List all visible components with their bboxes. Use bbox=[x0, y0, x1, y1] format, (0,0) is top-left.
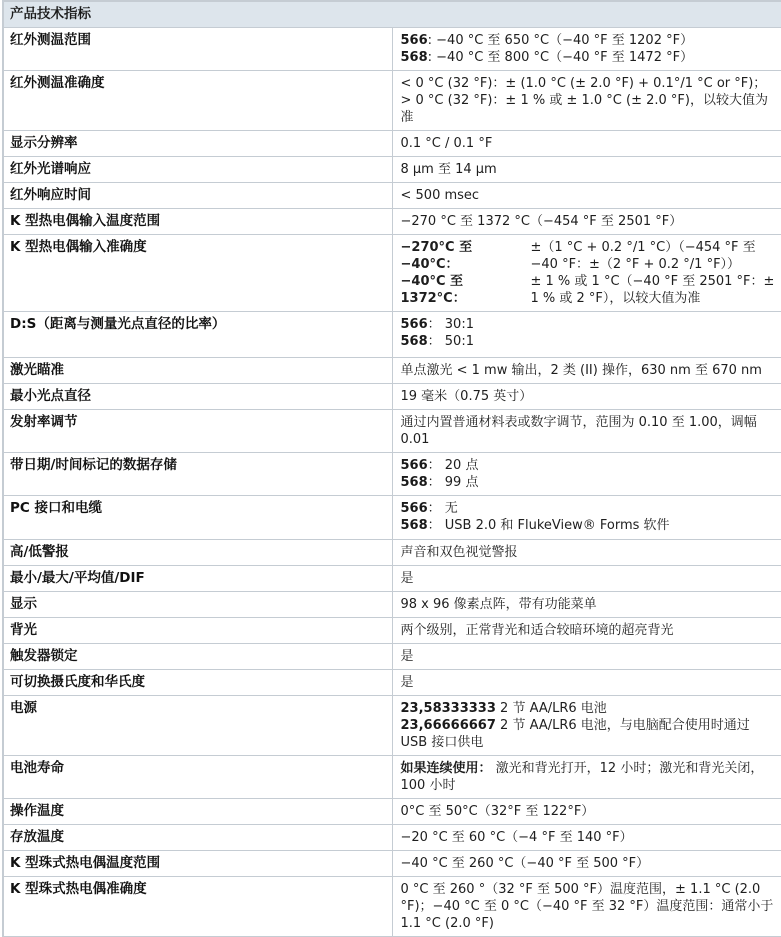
table-row: 可切换摄氏度和华氏度是 bbox=[3, 670, 781, 696]
accuracy-subtable: −270°C 至 −40°C：±（1 °C + 0.2 °/1 °C）（−454… bbox=[401, 239, 776, 307]
value-text: 单点激光 < 1 mw 输出，2 类 (II) 操作，630 nm 至 670 … bbox=[401, 363, 762, 378]
value-text: 是 bbox=[401, 649, 414, 664]
spec-value-line: −270 °C 至 1372 °C（−454 °F 至 2501 °F） bbox=[401, 213, 776, 230]
table-row: 红外光谱响应8 μm 至 14 μm bbox=[3, 157, 781, 183]
value-text: 是 bbox=[401, 571, 414, 586]
spec-value-line: 568： 99 点 bbox=[401, 474, 776, 491]
spec-label: 发射率调节 bbox=[3, 410, 392, 453]
spec-value-line: 98 x 96 像素点阵，带有功能菜单 bbox=[401, 596, 776, 613]
spec-value-line: 566： 20 点 bbox=[401, 457, 776, 474]
model-label: 23,66666667 bbox=[401, 718, 496, 733]
value-text: < 500 msec bbox=[401, 188, 480, 203]
spec-label: PC 接口和电缆 bbox=[3, 496, 392, 540]
table-row: 最小/最大/平均值/DIF是 bbox=[3, 566, 781, 592]
spec-value-line: 是 bbox=[401, 648, 776, 665]
value-text: 0°C 至 50°C（32°F 至 122°F） bbox=[401, 804, 595, 819]
spec-label: 电源 bbox=[3, 696, 392, 756]
spec-label: D:S（距离与测量光点直径的比率） bbox=[3, 312, 392, 358]
spec-value: 两个级别，正常背光和适合较暗环境的超亮背光 bbox=[392, 618, 781, 644]
spec-value: 是 bbox=[392, 644, 781, 670]
table-row: 存放温度−20 °C 至 60 °C（−4 °F 至 140 °F） bbox=[3, 825, 781, 849]
spec-value-line: −20 °C 至 60 °C（−4 °F 至 140 °F） bbox=[401, 829, 776, 846]
spec-value-line: < 0 °C (32 °F)：± (1.0 °C (± 2.0 °F) + 0.… bbox=[401, 75, 776, 92]
spec-value-line: 566： 30:1 bbox=[401, 316, 776, 333]
spec-value-line: 0.1 °C / 0.1 °F bbox=[401, 135, 776, 152]
table-row: 红外测温准确度 < 0 °C (32 °F)：± (1.0 °C (± 2.0 … bbox=[3, 71, 781, 131]
spec-value: 是 bbox=[392, 566, 781, 592]
range-label: −40°C 至 1372°C： bbox=[401, 273, 531, 307]
spec-value: 单点激光 < 1 mw 输出，2 类 (II) 操作，630 nm 至 670 … bbox=[392, 358, 781, 384]
value-text: > 0 °C (32 °F)：± 1 % 或 ± 1.0 °C (± 2.0 °… bbox=[401, 93, 768, 125]
table-row: K 型热电偶输入温度范围−270 °C 至 1372 °C（−454 °F 至 … bbox=[3, 209, 781, 235]
model-label: 568 bbox=[401, 475, 428, 490]
table-row: 显示98 x 96 像素点阵，带有功能菜单 bbox=[3, 592, 781, 618]
model-label: 如果连续使用： bbox=[401, 761, 492, 776]
spec-value-line: < 500 msec bbox=[401, 187, 776, 204]
spec-label: 显示 bbox=[3, 592, 392, 618]
spec-value-line: 0°C 至 50°C（32°F 至 122°F） bbox=[401, 803, 776, 820]
spec-label: K 型热电偶输入温度范围 bbox=[3, 209, 392, 235]
range-value: ± 1 % 或 1 °C（−40 °F 至 2501 °F：± 1 % 或 2 … bbox=[531, 273, 776, 307]
spec-value: 如果连续使用： 激光和背光打开，12 小时；激光和背光关闭，100 小时 bbox=[392, 756, 781, 799]
spec-value-line: 8 μm 至 14 μm bbox=[401, 161, 776, 178]
model-label: 568 bbox=[401, 334, 428, 349]
spec-value-line: 566: −40 °C 至 650 °C（−40 °F 至 1202 °F） bbox=[401, 32, 776, 49]
value-text: 通过内置普通材料表或数字调节，范围为 0.10 至 1.00，调幅 0.01 bbox=[401, 415, 757, 447]
table-row: 电源23,58333333 2 节 AA/LR6 电池23,66666667 2… bbox=[3, 696, 781, 756]
range-label: −270°C 至 −40°C： bbox=[401, 239, 531, 273]
value-text: ： 99 点 bbox=[428, 475, 479, 490]
spec-value: 19 毫米（0.75 英寸） bbox=[392, 384, 781, 410]
spec-value-line: 568： 50:1 bbox=[401, 333, 776, 350]
table-row: 带日期/时间标记的数据存储566： 20 点568： 99 点 bbox=[3, 453, 781, 496]
spec-value: 566： 20 点568： 99 点 bbox=[392, 453, 781, 496]
spec-value: 声音和双色视觉警报 bbox=[392, 540, 781, 566]
table-row: 红外响应时间< 500 msec bbox=[3, 183, 781, 209]
model-label: 568 bbox=[401, 50, 428, 65]
spec-label: 最小/最大/平均值/DIF bbox=[3, 566, 392, 592]
spec-value-line: 23,66666667 2 节 AA/LR6 电池，与电脑配合使用时通过 USB… bbox=[401, 717, 776, 751]
value-text: −20 °C 至 60 °C（−4 °F 至 140 °F） bbox=[401, 830, 633, 845]
table-row: K 型热电偶输入准确度−270°C 至 −40°C：±（1 °C + 0.2 °… bbox=[3, 235, 781, 312]
value-text: ： 30:1 bbox=[428, 317, 474, 332]
spec-value: 23,58333333 2 节 AA/LR6 电池23,66666667 2 节… bbox=[392, 696, 781, 756]
model-label: 566 bbox=[401, 458, 428, 473]
model-label: 23,58333333 bbox=[401, 701, 496, 716]
value-text: : −40 °C 至 800 °C（−40 °F 至 1472 °F） bbox=[428, 50, 693, 65]
table-title: 产品技术指标 bbox=[3, 1, 781, 28]
spec-value: 是 bbox=[392, 670, 781, 696]
table-row: 背光两个级别，正常背光和适合较暗环境的超亮背光 bbox=[3, 618, 781, 644]
table-row: 操作温度0°C 至 50°C（32°F 至 122°F） bbox=[3, 799, 781, 825]
value-text: ： 50:1 bbox=[428, 334, 474, 349]
spec-value-line: 19 毫米（0.75 英寸） bbox=[401, 388, 776, 405]
spec-label: 红外测温范围 bbox=[3, 28, 392, 71]
spec-value-line: 通过内置普通材料表或数字调节，范围为 0.10 至 1.00，调幅 0.01 bbox=[401, 414, 776, 448]
spec-value: −20 °C 至 60 °C（−4 °F 至 140 °F） bbox=[392, 825, 781, 849]
value-text: 8 μm 至 14 μm bbox=[401, 162, 497, 177]
spec-value-line: 568： USB 2.0 和 FlukeView® Forms 软件 bbox=[401, 517, 776, 534]
value-text: 98 x 96 像素点阵，带有功能菜单 bbox=[401, 597, 597, 612]
spec-label: 最小光点直径 bbox=[3, 384, 392, 410]
spec-value-line: 单点激光 < 1 mw 输出，2 类 (II) 操作，630 nm 至 670 … bbox=[401, 362, 776, 379]
table-row: D:S（距离与测量光点直径的比率）566： 30:1568： 50:1 bbox=[3, 312, 781, 358]
spec-label: 背光 bbox=[3, 618, 392, 644]
spec-value-line: 566： 无 bbox=[401, 500, 776, 517]
spec-label: 电池寿命 bbox=[3, 756, 392, 799]
value-text: 19 毫米（0.75 英寸） bbox=[401, 389, 533, 404]
table-row: 电池寿命如果连续使用： 激光和背光打开，12 小时；激光和背光关闭，100 小时 bbox=[3, 756, 781, 799]
value-text: −270 °C 至 1372 °C（−454 °F 至 2501 °F） bbox=[401, 214, 683, 229]
value-text: ： USB 2.0 和 FlukeView® Forms 软件 bbox=[428, 518, 670, 533]
value-text: < 0 °C (32 °F)：± (1.0 °C (± 2.0 °F) + 0.… bbox=[401, 76, 767, 91]
table-row: 红外测温范围566: −40 °C 至 650 °C（−40 °F 至 1202… bbox=[3, 28, 781, 71]
spec-value-line: > 0 °C (32 °F)：± 1 % 或 ± 1.0 °C (± 2.0 °… bbox=[401, 92, 776, 126]
spec-value: 0°C 至 50°C（32°F 至 122°F） bbox=[392, 799, 781, 825]
value-text: 两个级别，正常背光和适合较暗环境的超亮背光 bbox=[401, 623, 674, 638]
value-text: 声音和双色视觉警报 bbox=[401, 545, 518, 560]
model-label: 566 bbox=[401, 33, 428, 48]
spec-value: 98 x 96 像素点阵，带有功能菜单 bbox=[392, 592, 781, 618]
spec-label: 可切换摄氏度和华氏度 bbox=[3, 670, 392, 696]
value-text: 是 bbox=[401, 675, 414, 690]
table-row: PC 接口和电缆566： 无568： USB 2.0 和 FlukeView® … bbox=[3, 496, 781, 540]
model-label: 568 bbox=[401, 518, 428, 533]
spec-value: 566: −40 °C 至 650 °C（−40 °F 至 1202 °F）56… bbox=[392, 28, 781, 71]
value-text: : −40 °C 至 650 °C（−40 °F 至 1202 °F） bbox=[428, 33, 693, 48]
value-text: 0.1 °C / 0.1 °F bbox=[401, 136, 493, 151]
model-label: 566 bbox=[401, 501, 428, 516]
range-value: ±（1 °C + 0.2 °/1 °C）（−454 °F 至 −40 °F：±（… bbox=[531, 239, 776, 273]
table-row: 高/低警报声音和双色视觉警报 bbox=[3, 540, 781, 566]
spec-label: 操作温度 bbox=[3, 799, 392, 825]
spec-value-line: 23,58333333 2 节 AA/LR6 电池 bbox=[401, 700, 776, 717]
spec-value: −270 °C 至 1372 °C（−454 °F 至 2501 °F） bbox=[392, 209, 781, 235]
spec-value-line: 是 bbox=[401, 570, 776, 587]
spec-label: 红外响应时间 bbox=[3, 183, 392, 209]
table-row: 发射率调节通过内置普通材料表或数字调节，范围为 0.10 至 1.00，调幅 0… bbox=[3, 410, 781, 453]
spec-value-line: 568: −40 °C 至 800 °C（−40 °F 至 1472 °F） bbox=[401, 49, 776, 66]
model-label: 566 bbox=[401, 317, 428, 332]
spec-value: < 500 msec bbox=[392, 183, 781, 209]
table-row: 触发器锁定是 bbox=[3, 644, 781, 670]
spec-table: 产品技术指标 红外测温范围566: −40 °C 至 650 °C（−40 °F… bbox=[2, 0, 781, 848]
spec-label: 触发器锁定 bbox=[3, 644, 392, 670]
spec-value: −270°C 至 −40°C：±（1 °C + 0.2 °/1 °C）（−454… bbox=[392, 235, 781, 312]
spec-label: K 型热电偶输入准确度 bbox=[3, 235, 392, 312]
spec-label: 激光瞄准 bbox=[3, 358, 392, 384]
table-row: 激光瞄准单点激光 < 1 mw 输出，2 类 (II) 操作，630 nm 至 … bbox=[3, 358, 781, 384]
table-header-row: 产品技术指标 bbox=[3, 1, 781, 28]
spec-value: 8 μm 至 14 μm bbox=[392, 157, 781, 183]
spec-value: 通过内置普通材料表或数字调节，范围为 0.10 至 1.00，调幅 0.01 bbox=[392, 410, 781, 453]
spec-value-line: 声音和双色视觉警报 bbox=[401, 544, 776, 561]
spec-value: 566： 无568： USB 2.0 和 FlukeView® Forms 软件 bbox=[392, 496, 781, 540]
table-row: 最小光点直径19 毫米（0.75 英寸） bbox=[3, 384, 781, 410]
spec-value: < 0 °C (32 °F)：± (1.0 °C (± 2.0 °F) + 0.… bbox=[392, 71, 781, 131]
spec-label: 存放温度 bbox=[3, 825, 392, 849]
value-text: ： 20 点 bbox=[428, 458, 479, 473]
spec-value-line: 如果连续使用： 激光和背光打开，12 小时；激光和背光关闭，100 小时 bbox=[401, 760, 776, 794]
spec-value: 566： 30:1568： 50:1 bbox=[392, 312, 781, 358]
spec-label: 红外光谱响应 bbox=[3, 157, 392, 183]
spec-label: 红外测温准确度 bbox=[3, 71, 392, 131]
spec-label: 高/低警报 bbox=[3, 540, 392, 566]
table-row: 显示分辨率0.1 °C / 0.1 °F bbox=[3, 131, 781, 157]
spec-value-line: 是 bbox=[401, 674, 776, 691]
value-text: 2 节 AA/LR6 电池 bbox=[496, 701, 607, 716]
spec-value-line: 两个级别，正常背光和适合较暗环境的超亮背光 bbox=[401, 622, 776, 639]
spec-label: 显示分辨率 bbox=[3, 131, 392, 157]
value-text: ： 无 bbox=[428, 501, 458, 516]
spec-value: 0.1 °C / 0.1 °F bbox=[392, 131, 781, 157]
spec-label: 带日期/时间标记的数据存储 bbox=[3, 453, 392, 496]
